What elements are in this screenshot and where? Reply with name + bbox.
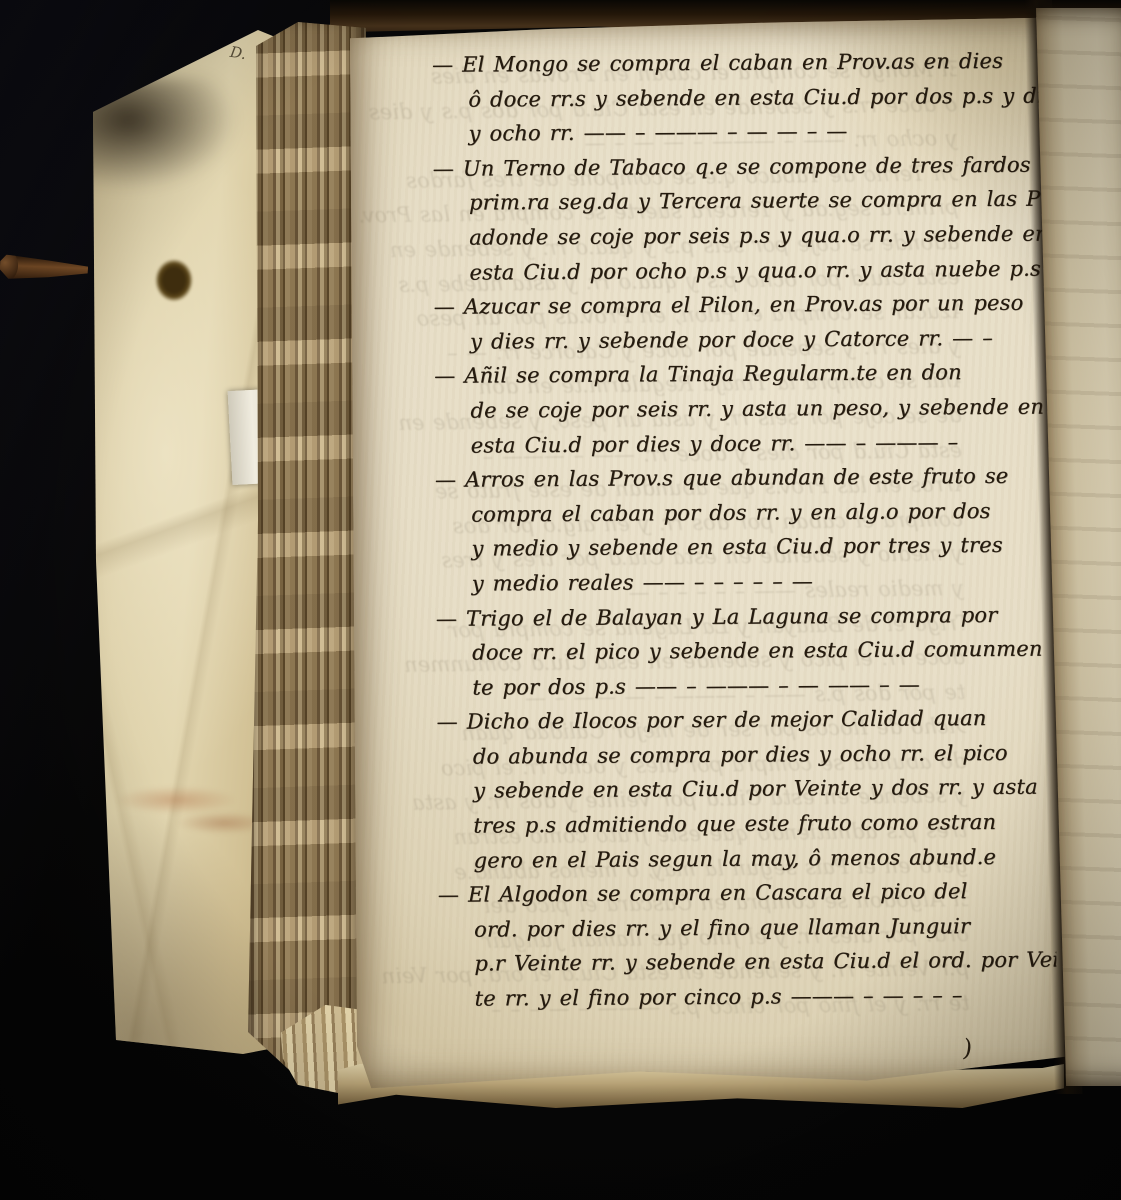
manuscript-line: — Arros en las Prov.s que abundan de est… <box>471 459 1053 498</box>
manuscript-line: y dies rr. y sebende por doce y Catorce … <box>470 320 1052 359</box>
manuscript-line: — Un Terno de Tabaco q.e se compone de t… <box>469 147 1051 186</box>
manuscript-line: do abunda se compra por dies y ocho rr. … <box>473 735 1055 774</box>
manuscript-line: — Añil se compra la Tinaja Regularm.te e… <box>470 355 1052 394</box>
cover-inscription: D. <box>229 43 248 63</box>
manuscript-line: — Dicho de Ilocos por ser de mejor Calid… <box>472 701 1054 740</box>
manuscript-line: compra el caban por dos rr. y en alg.o p… <box>471 493 1053 532</box>
manuscript-page: — El Mongo se compra el caban en Prov.as… <box>350 17 1065 1088</box>
manuscript-line: te por dos p.s —— – ——— – — —— – — <box>472 666 1054 705</box>
manuscript-line: te rr. y el fino por cinco p.s ——— – — –… <box>474 978 1056 1017</box>
manuscript-line: p.r Veinte rr. y sebende en esta Ciu.d e… <box>474 943 1056 982</box>
manuscript-line: ô doce rr.s y sebende en esta Ciu.d por … <box>468 78 1050 117</box>
manuscript-line: tres p.s admitiendo que este fruto como … <box>473 805 1055 844</box>
manuscript-line: gero en el Pais segun la may, ô menos ab… <box>473 839 1055 878</box>
manuscript-line: y sebende en esta Ciu.d por Veinte y dos… <box>473 770 1055 809</box>
manuscript-line: y medio y sebende en esta Ciu.d por tres… <box>471 528 1053 567</box>
photograph: D. — El Mongo se compra el caban en Prov… <box>0 0 1121 1200</box>
manuscript-line: — Trigo el de Balayan y La Laguna se com… <box>472 597 1054 636</box>
handwritten-text: — El Mongo se compra el caban en Prov.as… <box>350 44 1057 1089</box>
manuscript-line: de se coje por seis rr. y asta un peso, … <box>470 389 1052 428</box>
manuscript-line: — El Mongo se compra el caban en Prov.as… <box>468 44 1050 83</box>
leather-tie-knob <box>0 250 19 281</box>
manuscript-line: esta Ciu.d por dies y doce rr. —— – ——— … <box>471 424 1053 463</box>
page-fore-edges <box>246 20 366 1090</box>
manuscript-line: prim.ra seg.da y Tercera suerte se compr… <box>469 182 1051 221</box>
manuscript-line: y medio reales —— – – – – – — <box>472 562 1054 601</box>
manuscript-line: doce rr. el pico y sebende en esta Ciu.d… <box>472 632 1054 671</box>
manuscript-line: — El Algodon se compra en Cascara el pic… <box>474 874 1056 913</box>
leather-tie <box>0 254 88 281</box>
manuscript-line: ord. por dies rr. y el fino que llaman J… <box>474 908 1056 947</box>
manuscript-line: adonde se coje por seis p.s y qua.o rr. … <box>469 216 1051 255</box>
ink-blot-stain <box>150 256 198 310</box>
manuscript-line: — Azucar se compra el Pilon, en Prov.as … <box>470 286 1052 325</box>
manuscript-line: esta Ciu.d por ocho p.s y qua.o rr. y as… <box>469 251 1051 290</box>
cover-stain <box>116 786 236 814</box>
manuscript-line: y ocho rr. —— – ——— – — — – — <box>468 113 1050 152</box>
